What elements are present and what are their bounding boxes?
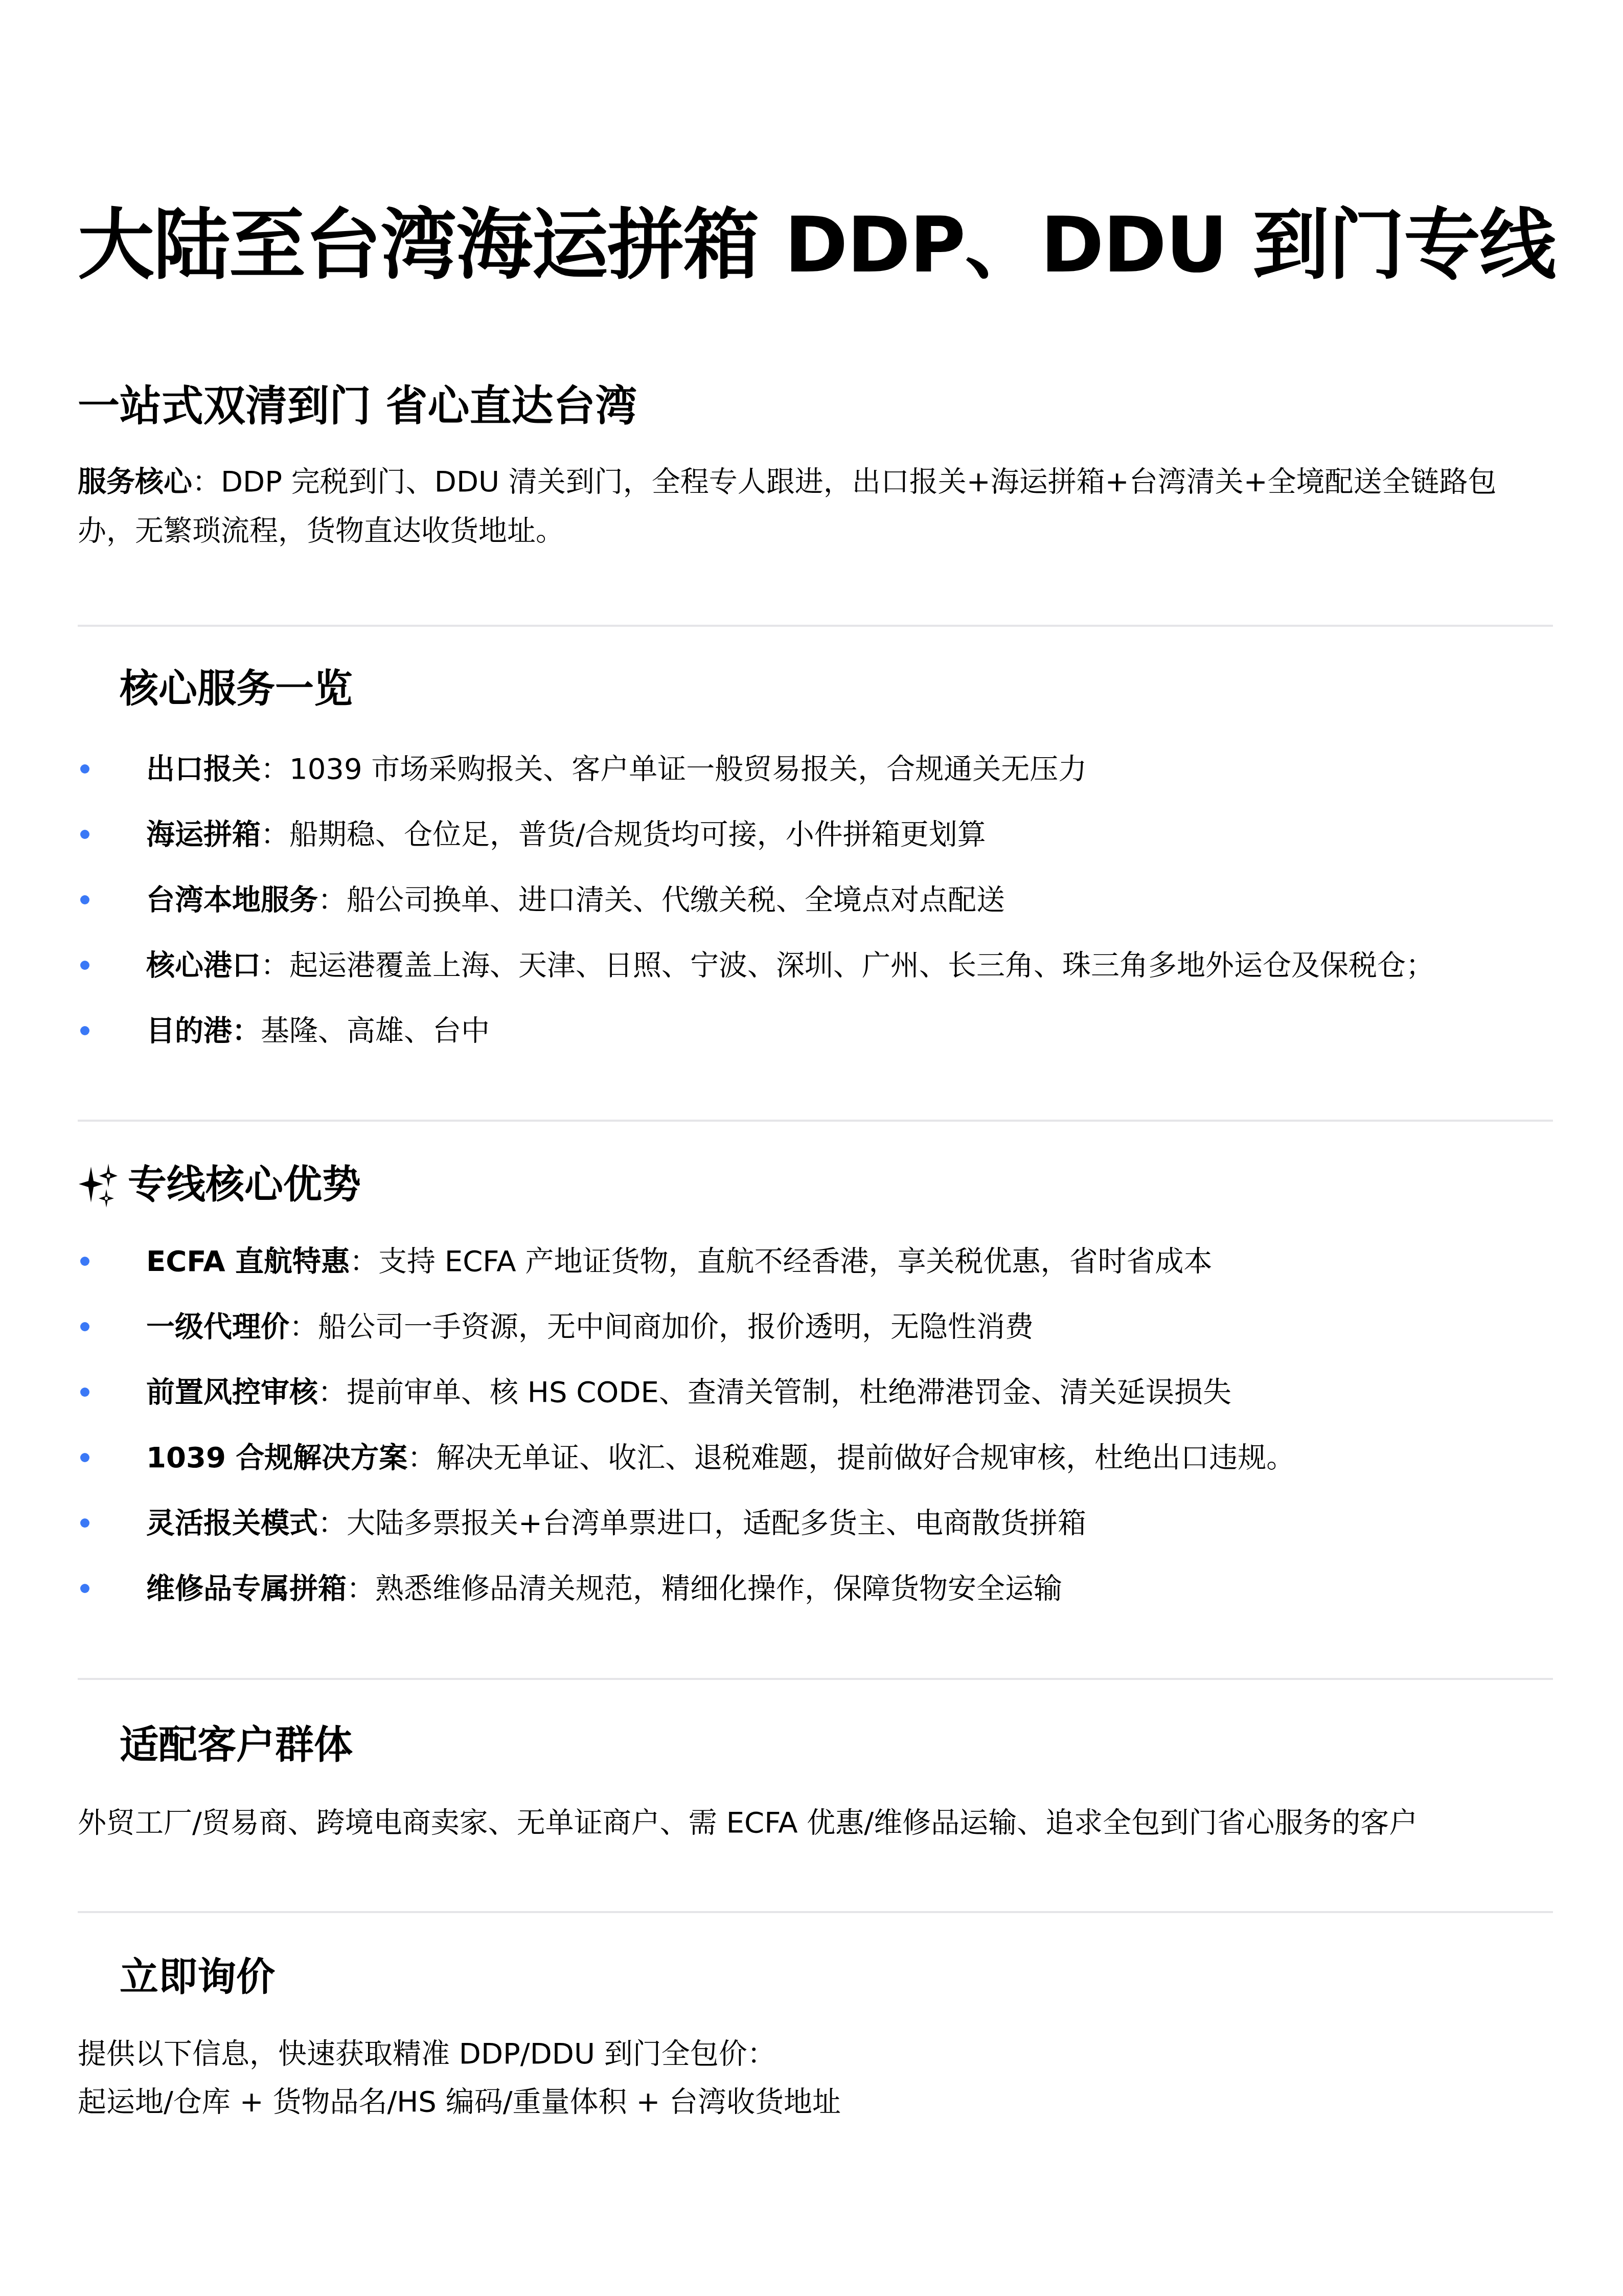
list-item: 前置风控审核：提前审单、核 HS CODE、查清关管制，杜绝滞港罚金、清关延误损… <box>78 1360 1553 1425</box>
item-label: 一级代理价 <box>146 1310 289 1344</box>
item-label: 台湾本地服务 <box>146 883 318 917</box>
bullet-icon <box>80 1518 89 1528</box>
section-heading-text: 专线核心优势 <box>128 1156 361 1213</box>
core-services-list: 出口报关：1039 市场采购报关、客户单证一般贸易报关，合规通关无压力 海运拼箱… <box>78 737 1553 1064</box>
advantages-list: ECFA 直航特惠：支持 ECFA 产地证货物，直航不经香港，享关税优惠，省时省… <box>78 1229 1553 1622</box>
page-title: 大陆至台湾海运拼箱 DDP、DDU 到门专线 <box>78 194 1555 297</box>
item-text: 支持 ECFA 产地证货物，直航不经香港，享关税优惠，省时省成本 <box>378 1245 1212 1278</box>
section-heading-advantages: 专线核心优势 <box>78 1156 361 1213</box>
item-label: 维修品专属拼箱 <box>146 1572 347 1605</box>
section-heading-core-services: 核心服务一览 <box>120 661 353 717</box>
bullet-icon <box>80 1322 89 1331</box>
intro-separator: ： <box>192 465 221 498</box>
inquiry-line-1: 提供以下信息，快速获取精准 DDP/DDU 到门全包价： <box>78 2030 1553 2079</box>
customers-text: 外贸工厂/贸易商、跨境电商卖家、无单证商户、需 ECFA 优惠/维修品运输、追求… <box>78 1799 1553 1848</box>
divider <box>78 1911 1553 1913</box>
item-label: ECFA 直航特惠 <box>146 1245 350 1278</box>
item-text: 提前审单、核 HS CODE、查清关管制，杜绝滞港罚金、清关延误损失 <box>347 1376 1231 1409</box>
item-text: 1039 市场采购报关、客户单证一般贸易报关，合规通关无压力 <box>289 753 1087 786</box>
item-label: 1039 合规解决方案 <box>146 1441 407 1474</box>
page-subtitle: 一站式双清到门 省心直达台湾 <box>78 378 637 435</box>
item-text: 解决无单证、收汇、退税难题，提前做好合规审核，杜绝出口违规。 <box>436 1441 1295 1474</box>
item-label: 灵活报关模式 <box>146 1507 318 1540</box>
list-item: 海运拼箱：船期稳、仓位足，普货/合规货均可接，小件拼箱更划算 <box>78 802 1553 868</box>
item-label: 核心港口 <box>146 949 261 982</box>
item-separator: ： <box>318 1507 347 1540</box>
divider <box>78 1120 1553 1122</box>
list-item: 核心港口：起运港覆盖上海、天津、日照、宁波、深圳、广州、长三角、珠三角多地外运仓… <box>78 933 1553 998</box>
item-separator: ： <box>261 949 289 982</box>
item-label: 前置风控审核 <box>146 1376 318 1409</box>
bullet-icon <box>80 895 89 904</box>
item-separator: ： <box>289 1310 318 1344</box>
list-item: 1039 合规解决方案：解决无单证、收汇、退税难题，提前做好合规审核，杜绝出口违… <box>78 1425 1553 1491</box>
item-separator: ： <box>347 1572 375 1605</box>
bullet-icon <box>80 830 89 839</box>
item-separator: ： <box>261 818 289 851</box>
divider <box>78 625 1553 627</box>
divider <box>78 1678 1553 1680</box>
bullet-icon <box>80 1453 89 1462</box>
bullet-icon <box>80 961 89 970</box>
item-separator: ： <box>318 1376 347 1409</box>
item-text: 船公司一手资源，无中间商加价，报价透明，无隐性消费 <box>318 1310 1034 1344</box>
sparkles-icon <box>78 1162 119 1208</box>
inquiry-line-2: 起运地/仓库 + 货物品名/HS 编码/重量体积 + 台湾收货地址 <box>78 2078 1553 2127</box>
item-text: 大陆多票报关+台湾单票进口，适配多货主、电商散货拼箱 <box>347 1507 1086 1540</box>
item-text: 熟悉维修品清关规范，精细化操作，保障货物安全运输 <box>375 1572 1062 1605</box>
bullet-icon <box>80 1388 89 1397</box>
item-separator: ： <box>318 883 347 917</box>
list-item: 灵活报关模式：大陆多票报关+台湾单票进口，适配多货主、电商散货拼箱 <box>78 1491 1553 1556</box>
item-separator: ： <box>350 1245 378 1278</box>
bullet-icon <box>80 764 89 774</box>
section-heading-inquiry: 立即询价 <box>120 1949 275 2005</box>
item-text: 基隆、高雄、台中 <box>261 1014 490 1048</box>
item-separator: ： <box>261 753 289 786</box>
item-label: 海运拼箱 <box>146 818 261 851</box>
list-item: ECFA 直航特惠：支持 ECFA 产地证货物，直航不经香港，享关税优惠，省时省… <box>78 1229 1553 1294</box>
list-item: 目的港：基隆、高雄、台中 <box>78 998 1553 1064</box>
bullet-icon <box>80 1026 89 1035</box>
intro-label: 服务核心 <box>78 465 192 498</box>
list-item: 出口报关：1039 市场采购报关、客户单证一般贸易报关，合规通关无压力 <box>78 737 1553 802</box>
item-label: 目的港： <box>146 1014 261 1048</box>
list-item: 一级代理价：船公司一手资源，无中间商加价，报价透明，无隐性消费 <box>78 1294 1553 1360</box>
intro-paragraph: 服务核心：DDP 完税到门、DDU 清关到门，全程专人跟进，出口报关+海运拼箱+… <box>78 458 1553 556</box>
bullet-icon <box>80 1584 89 1593</box>
item-label: 出口报关 <box>146 753 261 786</box>
item-text: 船期稳、仓位足，普货/合规货均可接，小件拼箱更划算 <box>289 818 986 851</box>
item-text: 起运港覆盖上海、天津、日照、宁波、深圳、广州、长三角、珠三角多地外运仓及保税仓； <box>289 949 1434 982</box>
item-separator: ： <box>407 1441 436 1474</box>
list-item: 台湾本地服务：船公司换单、进口清关、代缴关税、全境点对点配送 <box>78 868 1553 933</box>
intro-text: DDP 完税到门、DDU 清关到门，全程专人跟进，出口报关+海运拼箱+台湾清关+… <box>78 465 1497 548</box>
section-heading-customers: 适配客户群体 <box>120 1717 353 1773</box>
item-text: 船公司换单、进口清关、代缴关税、全境点对点配送 <box>347 883 1005 917</box>
list-item: 维修品专属拼箱：熟悉维修品清关规范，精细化操作，保障货物安全运输 <box>78 1556 1553 1622</box>
bullet-icon <box>80 1257 89 1266</box>
